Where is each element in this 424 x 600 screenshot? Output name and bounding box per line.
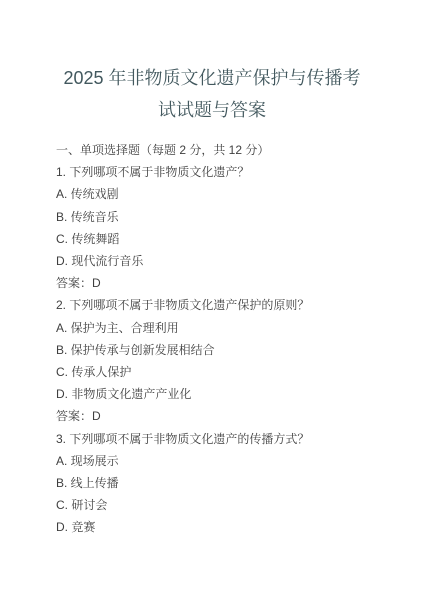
question-1-option-a: A. 传统戏剧 — [56, 187, 404, 202]
question-1-text: 1. 下列哪项不属于非物质文化遗产？ — [56, 165, 404, 180]
document-title-line-1: 2025 年非物质文化遗产保护与传播考 — [28, 62, 396, 94]
question-3-option-c: C. 研讨会 — [56, 498, 404, 513]
question-2-text: 2. 下列哪项不属于非物质文化遗产保护的原则？ — [56, 298, 404, 313]
document-title: 2025 年非物质文化遗产保护与传播考 试试题与答案 — [0, 0, 424, 126]
document-title-line-2: 试试题与答案 — [28, 94, 396, 126]
question-2-option-d: D. 非物质文化遗产产业化 — [56, 387, 404, 402]
question-1-answer: 答案：D — [56, 276, 404, 291]
question-3-option-a: A. 现场展示 — [56, 454, 404, 469]
question-2-option-a: A. 保护为主、合理利用 — [56, 321, 404, 336]
question-2-option-b: B. 保护传承与创新发展相结合 — [56, 343, 404, 358]
question-2-option-c: C. 传承人保护 — [56, 365, 404, 380]
question-3-option-d: D. 竞赛 — [56, 520, 404, 535]
question-1-option-d: D. 现代流行音乐 — [56, 254, 404, 269]
question-2-answer: 答案：D — [56, 409, 404, 424]
section-heading: 一、单项选择题（每题 2 分，共 12 分） — [56, 143, 404, 158]
question-3-option-b: B. 线上传播 — [56, 476, 404, 491]
question-3-text: 3. 下列哪项不属于非物质文化遗产的传播方式？ — [56, 432, 404, 447]
question-1-option-c: C. 传统舞蹈 — [56, 232, 404, 247]
document-body: 一、单项选择题（每题 2 分，共 12 分） 1. 下列哪项不属于非物质文化遗产… — [0, 126, 424, 536]
question-1-option-b: B. 传统音乐 — [56, 210, 404, 225]
exam-document-page: 2025 年非物质文化遗产保护与传播考 试试题与答案 一、单项选择题（每题 2 … — [0, 0, 424, 600]
